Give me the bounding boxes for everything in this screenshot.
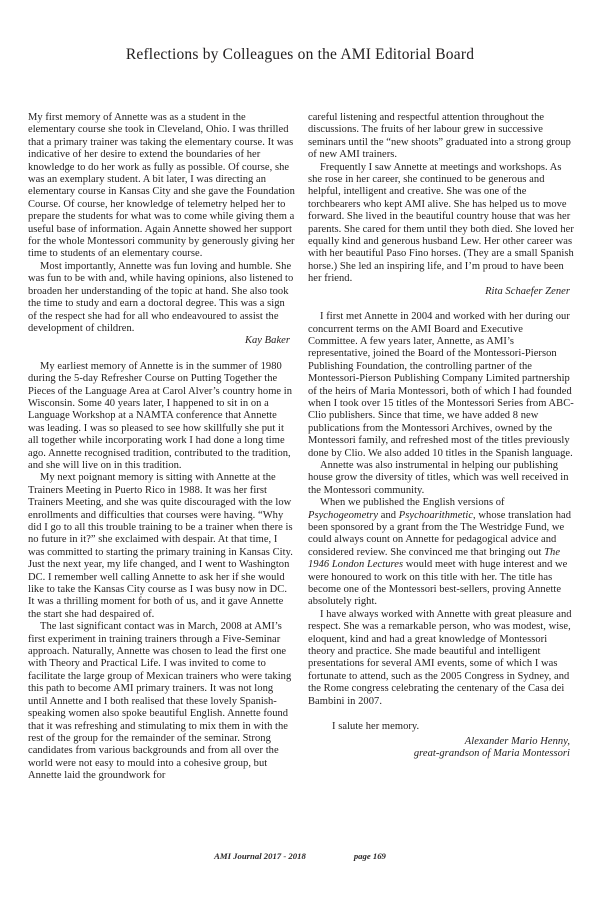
book-title-psychogeometry: Psychogeometry xyxy=(308,510,378,521)
section-break xyxy=(308,298,575,311)
paragraph-henny-3: When we published the English versions o… xyxy=(308,497,575,609)
text-segment: and xyxy=(378,510,399,521)
paragraph-second-author-1: My earliest memory of Annette is in the … xyxy=(28,361,295,473)
section-break xyxy=(308,708,575,721)
left-column: My first memory of Annette was as a stud… xyxy=(28,112,295,783)
footer-journal-name: AMI Journal 2017 - 2018 xyxy=(214,851,306,861)
signature-alexander-henny-line1: Alexander Mario Henny, xyxy=(308,736,575,748)
paragraph-kay-baker-2: Most importantly, Annette was fun loving… xyxy=(28,261,295,335)
two-column-text-body: My first memory of Annette was as a stud… xyxy=(28,112,575,783)
paragraph-second-author-4-continuation: careful listening and respectful attenti… xyxy=(308,112,575,162)
paragraph-henny-1: I first met Annette in 2004 and worked w… xyxy=(308,311,575,460)
paragraph-second-author-2: My next poignant memory is sitting with … xyxy=(28,472,295,621)
footer-page-number: page 169 xyxy=(354,851,386,861)
paragraph-second-author-5: Frequently I saw Annette at meetings and… xyxy=(308,162,575,286)
signature-rita-schaefer-zener: Rita Schaefer Zener xyxy=(308,286,575,298)
paragraph-second-author-3: The last significant contact was in Marc… xyxy=(28,621,295,782)
right-column: careful listening and respectful attenti… xyxy=(308,112,575,783)
page-title: Reflections by Colleagues on the AMI Edi… xyxy=(0,46,600,64)
text-segment: When we published the English versions o… xyxy=(320,497,505,508)
book-title-psychoarithmetic: Psychoarithmetic xyxy=(399,510,473,521)
journal-page: Reflections by Colleagues on the AMI Edi… xyxy=(0,0,600,900)
page-footer: AMI Journal 2017 - 2018 page 169 xyxy=(0,851,600,861)
paragraph-henny-4: I have always worked with Annette with g… xyxy=(308,609,575,708)
signature-kay-baker: Kay Baker xyxy=(28,335,295,347)
paragraph-kay-baker-1: My first memory of Annette was as a stud… xyxy=(28,112,295,261)
paragraph-henny-2: Annette was also instrumental in helping… xyxy=(308,460,575,497)
signature-alexander-henny-line2: great-grandson of Maria Montessori xyxy=(308,748,575,760)
section-break xyxy=(28,348,295,361)
paragraph-salute: I salute her memory. xyxy=(308,721,575,733)
